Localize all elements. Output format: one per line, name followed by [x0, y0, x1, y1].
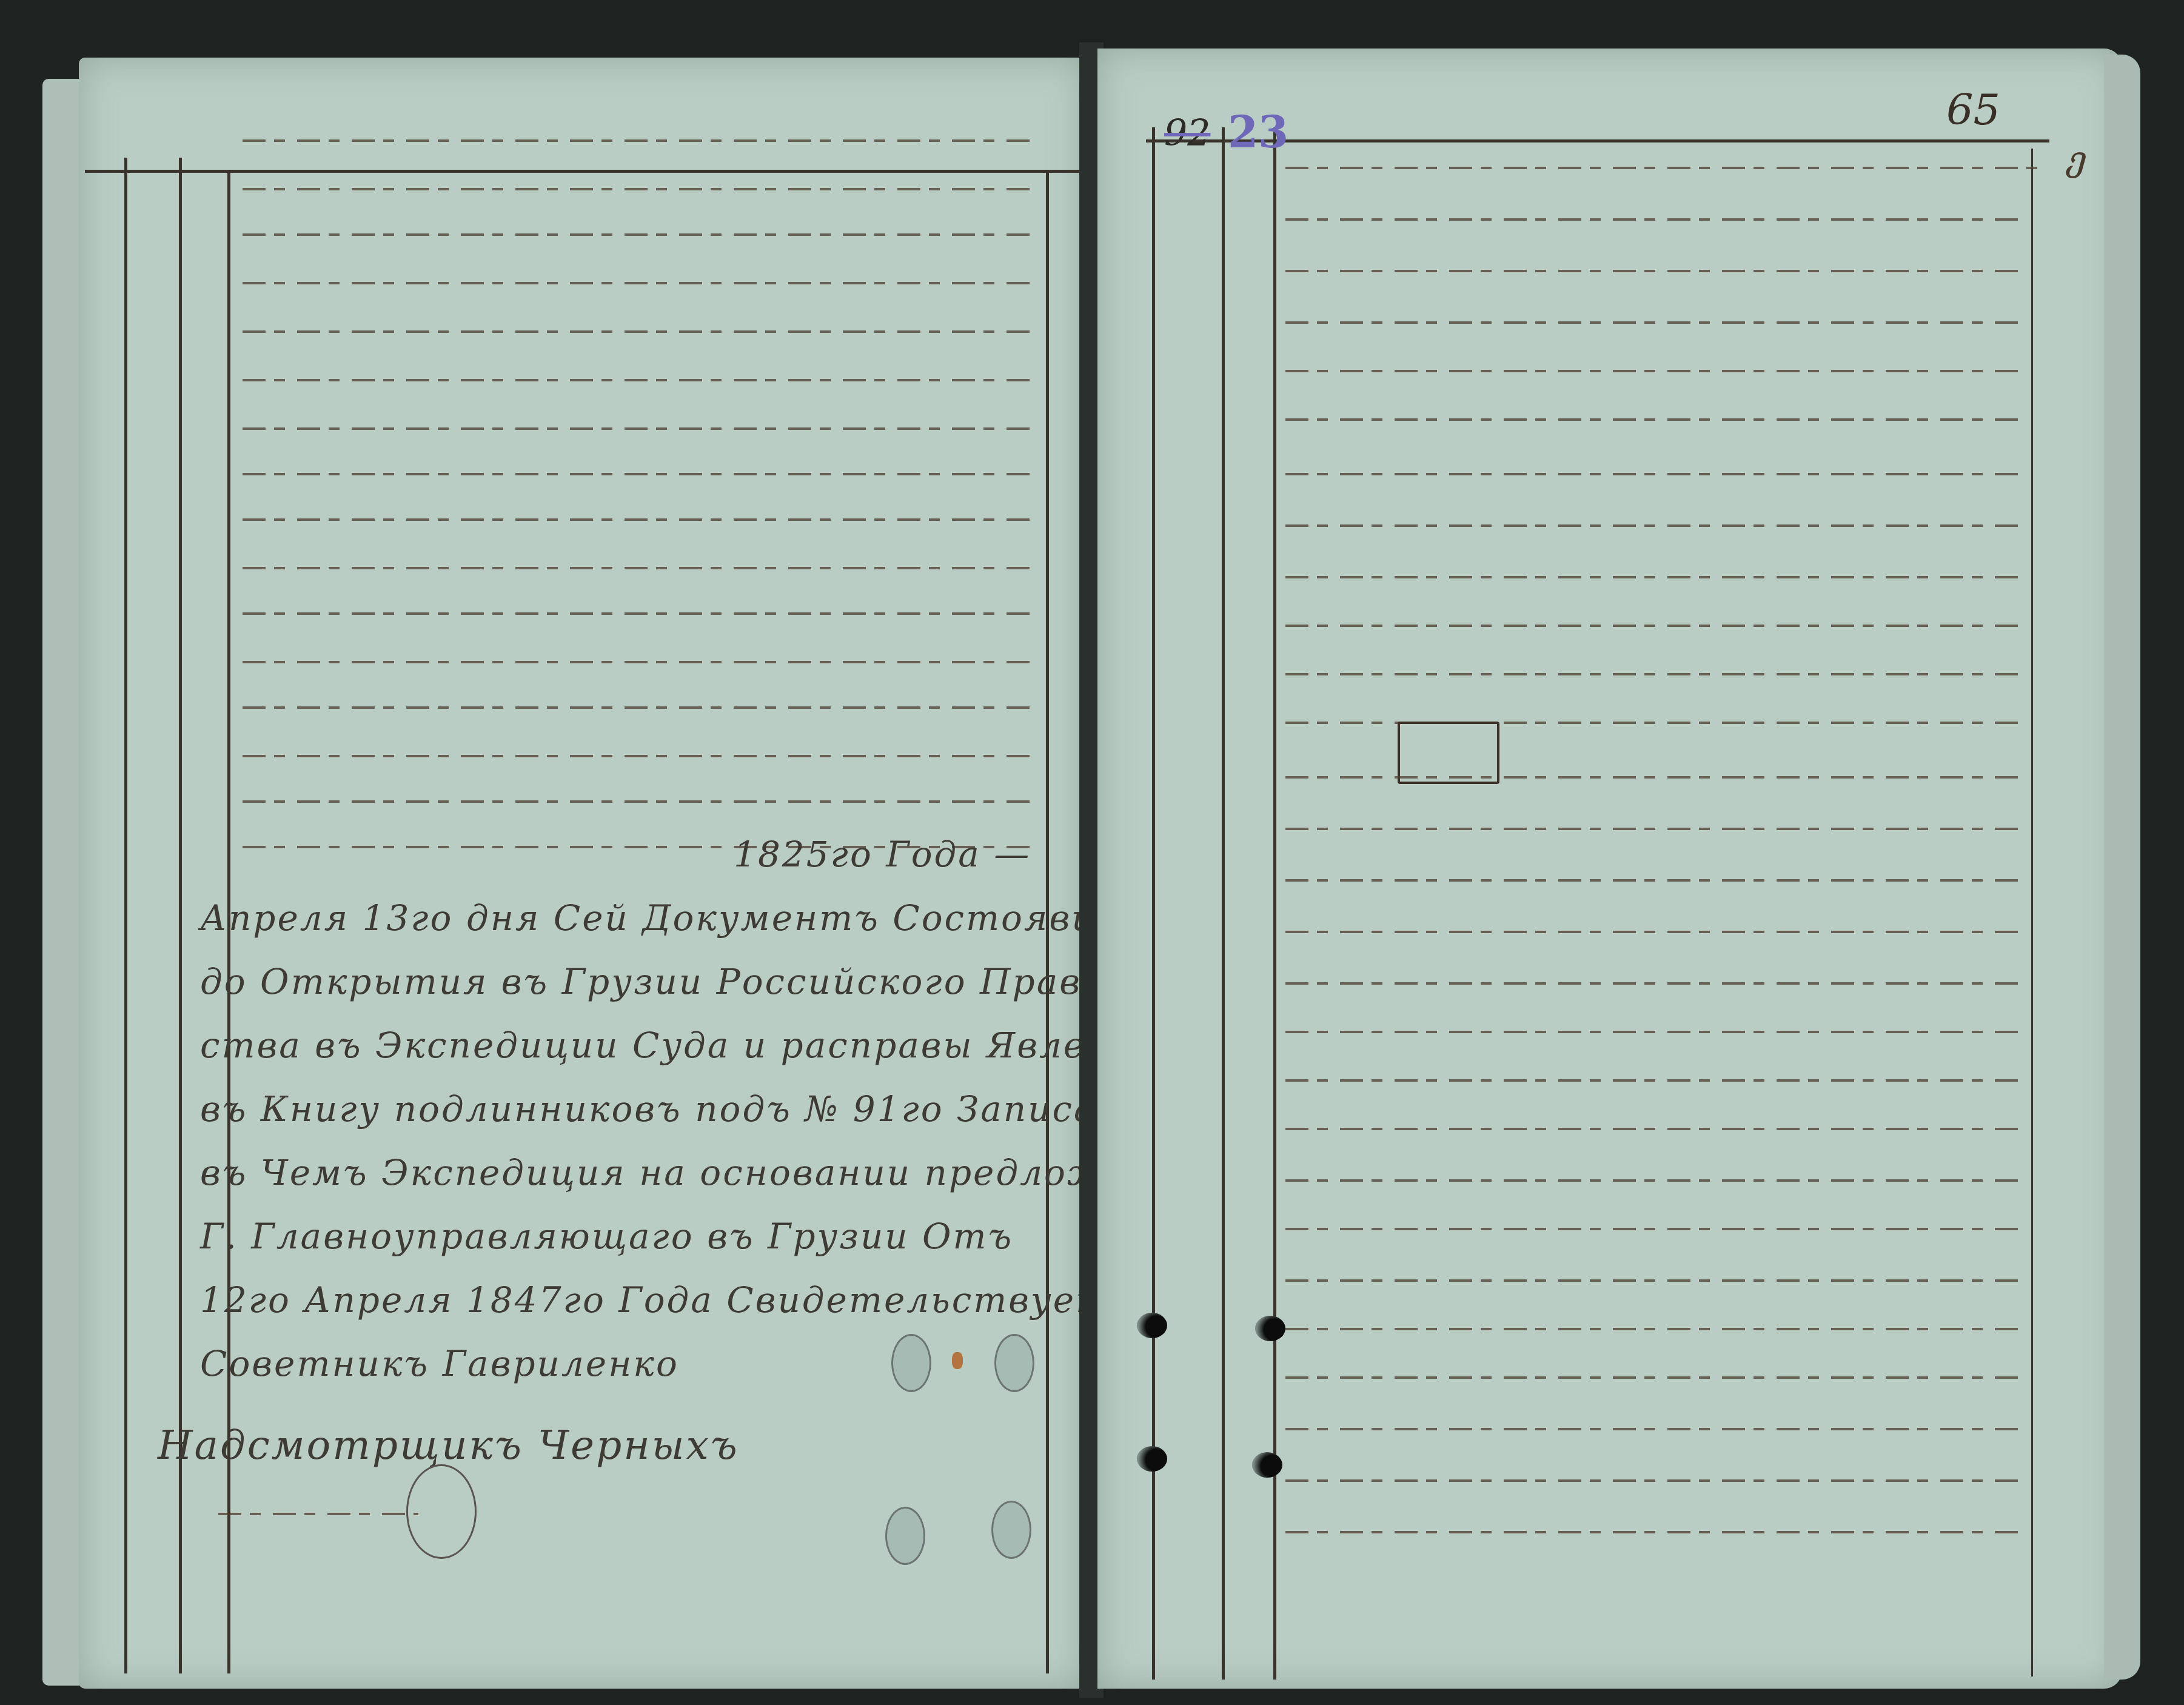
- georgian-line: [1285, 218, 2025, 221]
- rust-stain: [952, 1352, 963, 1369]
- georgian-line: [1285, 418, 2025, 421]
- boxed-correction: [1398, 722, 1499, 784]
- georgian-line: [1285, 1031, 2025, 1033]
- georgian-line: [243, 755, 1031, 757]
- georgian-line: [1285, 1179, 2025, 1182]
- entry-number-old: 92: [1164, 112, 1210, 155]
- georgian-line: [1285, 828, 2025, 830]
- left-page: 1825го Года — Апреля 13го дня Сей Докуме…: [79, 58, 1085, 1689]
- georgian-line: [1285, 1376, 2025, 1379]
- binding-hole: [1255, 1316, 1285, 1341]
- signature: Надсмотрщикъ Черныхъ: [158, 1422, 739, 1469]
- signature-flourish: [406, 1464, 477, 1559]
- georgian-line: [243, 567, 1031, 569]
- georgian-line: [243, 661, 1031, 663]
- georgian-line: [243, 612, 1031, 615]
- georgian-line: [1285, 473, 2025, 475]
- russian-line: Г. Главноуправляющаго въ Грузии Отъ: [200, 1216, 1013, 1257]
- georgian-line: [243, 518, 1031, 521]
- georgian-line: [1285, 524, 2025, 527]
- georgian-line: [1285, 722, 2025, 724]
- right-margin-rule: [2031, 149, 2033, 1677]
- georgian-line: [243, 188, 1031, 190]
- georgian-line: [1285, 879, 2025, 882]
- georgian-line: [243, 282, 1031, 284]
- page-stack-right-edge: [2104, 55, 2140, 1680]
- russian-line: до Открытия въ Грузии Российского Правит…: [200, 961, 1209, 1002]
- georgian-line: [1285, 1531, 2025, 1533]
- russian-line: Советникъ Гавриленко: [200, 1343, 679, 1384]
- georgian-line: [1285, 776, 2025, 779]
- georgian-line: [243, 427, 1031, 430]
- georgian-signature: [218, 1513, 418, 1515]
- russian-line: ства въ Экспедиции Суда и расправы Явлен…: [200, 1025, 1136, 1066]
- russian-line: въ Чемъ Экспедиция на основании предложе…: [200, 1152, 1206, 1193]
- seal-impression: [991, 1501, 1031, 1559]
- georgian-line: [1285, 1328, 2025, 1330]
- russian-line: Апреля 13го дня Сей Документъ Состоявший…: [200, 897, 1202, 939]
- georgian-line: [1285, 1228, 2025, 1230]
- binding-hole: [1252, 1452, 1282, 1478]
- binding-hole: [1137, 1446, 1167, 1472]
- folio-number: 65: [1946, 85, 2000, 135]
- russian-line: въ Книгу подлинниковъ подъ № 91го Записа…: [200, 1088, 1147, 1130]
- georgian-line: [243, 233, 1031, 236]
- georgian-line: [1285, 1428, 2025, 1430]
- georgian-line: [243, 473, 1031, 475]
- georgian-line: [1285, 1128, 2025, 1130]
- margin-rule-3: [1273, 127, 1276, 1680]
- right-page: 65 92 23 ე: [1097, 49, 2122, 1689]
- georgian-line: [243, 379, 1031, 381]
- margin-rule-1: [124, 158, 127, 1673]
- binding-hole: [1137, 1313, 1167, 1338]
- russian-line: 12го Апреля 1847го Года Свидетельствуетъ: [200, 1279, 1136, 1321]
- margin-rule-2: [1222, 127, 1225, 1680]
- georgian-line: [1285, 931, 2025, 933]
- georgian-line: [1285, 982, 2025, 985]
- georgian-line: [1285, 1079, 2025, 1082]
- margin-letter: ე: [2068, 139, 2089, 179]
- georgian-line: [1285, 321, 2025, 324]
- georgian-line: [1285, 1479, 2025, 1482]
- georgian-line: [243, 800, 1031, 803]
- seal-impression: [885, 1507, 925, 1565]
- georgian-line: [243, 330, 1031, 333]
- georgian-line: [1285, 673, 2025, 675]
- georgian-line: [1285, 370, 2025, 372]
- georgian-line: [1285, 270, 2025, 272]
- top-rule: [85, 170, 1085, 173]
- year-annotation: 1825го Года —: [734, 834, 1031, 875]
- entry-number-new: 23: [1228, 106, 1288, 158]
- georgian-line: [1285, 167, 2037, 169]
- georgian-line: [1285, 1279, 2025, 1282]
- georgian-line: [1285, 625, 2025, 627]
- seal-impression: [994, 1334, 1034, 1392]
- georgian-line: [243, 706, 1031, 709]
- georgian-line: [1285, 576, 2025, 578]
- seal-impression: [891, 1334, 931, 1392]
- georgian-line: [243, 139, 1031, 142]
